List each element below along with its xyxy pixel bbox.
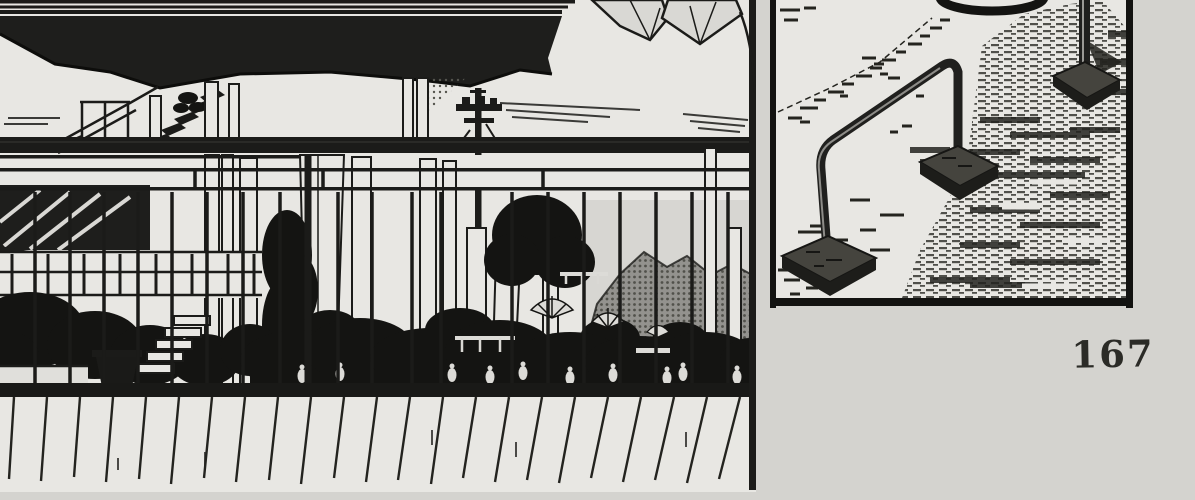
lower-deck (0, 252, 262, 298)
page-number: 167 (1068, 331, 1159, 377)
path-panel-artwork (770, 0, 1140, 312)
fence-bottom-rail (0, 383, 752, 397)
main-beam (0, 137, 756, 153)
rail-band (0, 155, 756, 190)
top-beams (0, 0, 575, 14)
manga-page: 167 (0, 0, 1195, 500)
terrace-panel-artwork (0, 0, 756, 500)
